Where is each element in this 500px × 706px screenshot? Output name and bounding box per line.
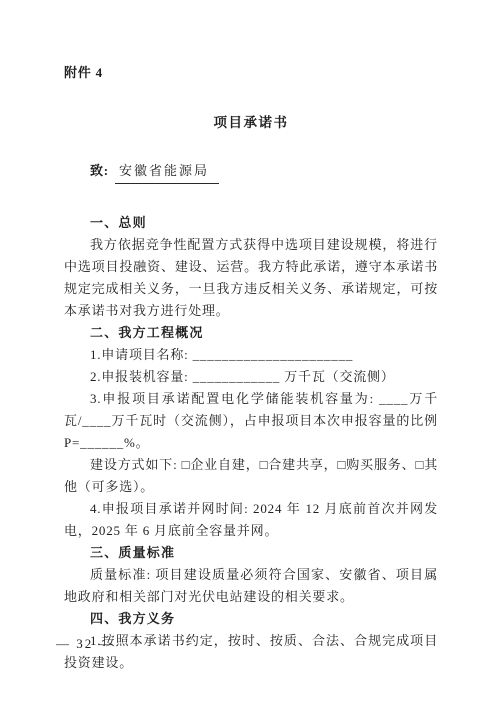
recipient-label: 致: bbox=[90, 163, 109, 178]
form-line-project-name: 1.申请项目名称: ______________________ bbox=[64, 344, 438, 366]
document-title: 项目承诺书 bbox=[64, 112, 438, 134]
section-3-paragraph: 质量标准: 项目建设质量必须符合国家、安徽省、项目属地政府和相关部门对光伏电站建… bbox=[64, 564, 438, 608]
document-body: 一、总则 我方依据竞争性配置方式获得中选项目建设规模，将进行中选项目投融资、建设… bbox=[64, 212, 438, 674]
section-2-heading: 二、我方工程概况 bbox=[64, 322, 438, 344]
form-line-installed-capacity: 2.申报装机容量: ____________ 万千瓦（交流侧） bbox=[64, 366, 438, 388]
recipient-name: 安徽省能源局 bbox=[115, 160, 219, 184]
document-content: 附件 4 项目承诺书 致:安徽省能源局 一、总则 我方依据竞争性配置方式获得中选… bbox=[64, 62, 438, 674]
page-number: — 32 — bbox=[56, 634, 114, 654]
form-line-grid-connection-time: 4.申报项目承诺并网时间: 2024 年 12 月底前首次并网发电，2025 年… bbox=[64, 498, 438, 542]
form-line-construction-mode-checkboxes: 建设方式如下: □企业自建，□合建共享，□购买服务、□其他（可多选）。 bbox=[64, 454, 438, 498]
document-page: 附件 4 项目承诺书 致:安徽省能源局 一、总则 我方依据竞争性配置方式获得中选… bbox=[0, 0, 500, 706]
section-1-heading: 一、总则 bbox=[64, 212, 438, 234]
recipient-line: 致:安徽省能源局 bbox=[64, 160, 438, 184]
section-4-paragraph: 1.按照本承诺书约定，按时、按质、合法、合规完成项目投资建设。 bbox=[64, 630, 438, 674]
attachment-label: 附件 4 bbox=[64, 62, 438, 84]
section-3-heading: 三、质量标准 bbox=[64, 542, 438, 564]
form-line-storage-capacity: 3.申报项目承诺配置电化学储能装机容量为: ____万千瓦/____万千瓦时（交… bbox=[64, 388, 438, 454]
section-1-paragraph: 我方依据竞争性配置方式获得中选项目建设规模，将进行中选项目投融资、建设、运营。我… bbox=[64, 234, 438, 322]
section-4-heading: 四、我方义务 bbox=[64, 608, 438, 630]
